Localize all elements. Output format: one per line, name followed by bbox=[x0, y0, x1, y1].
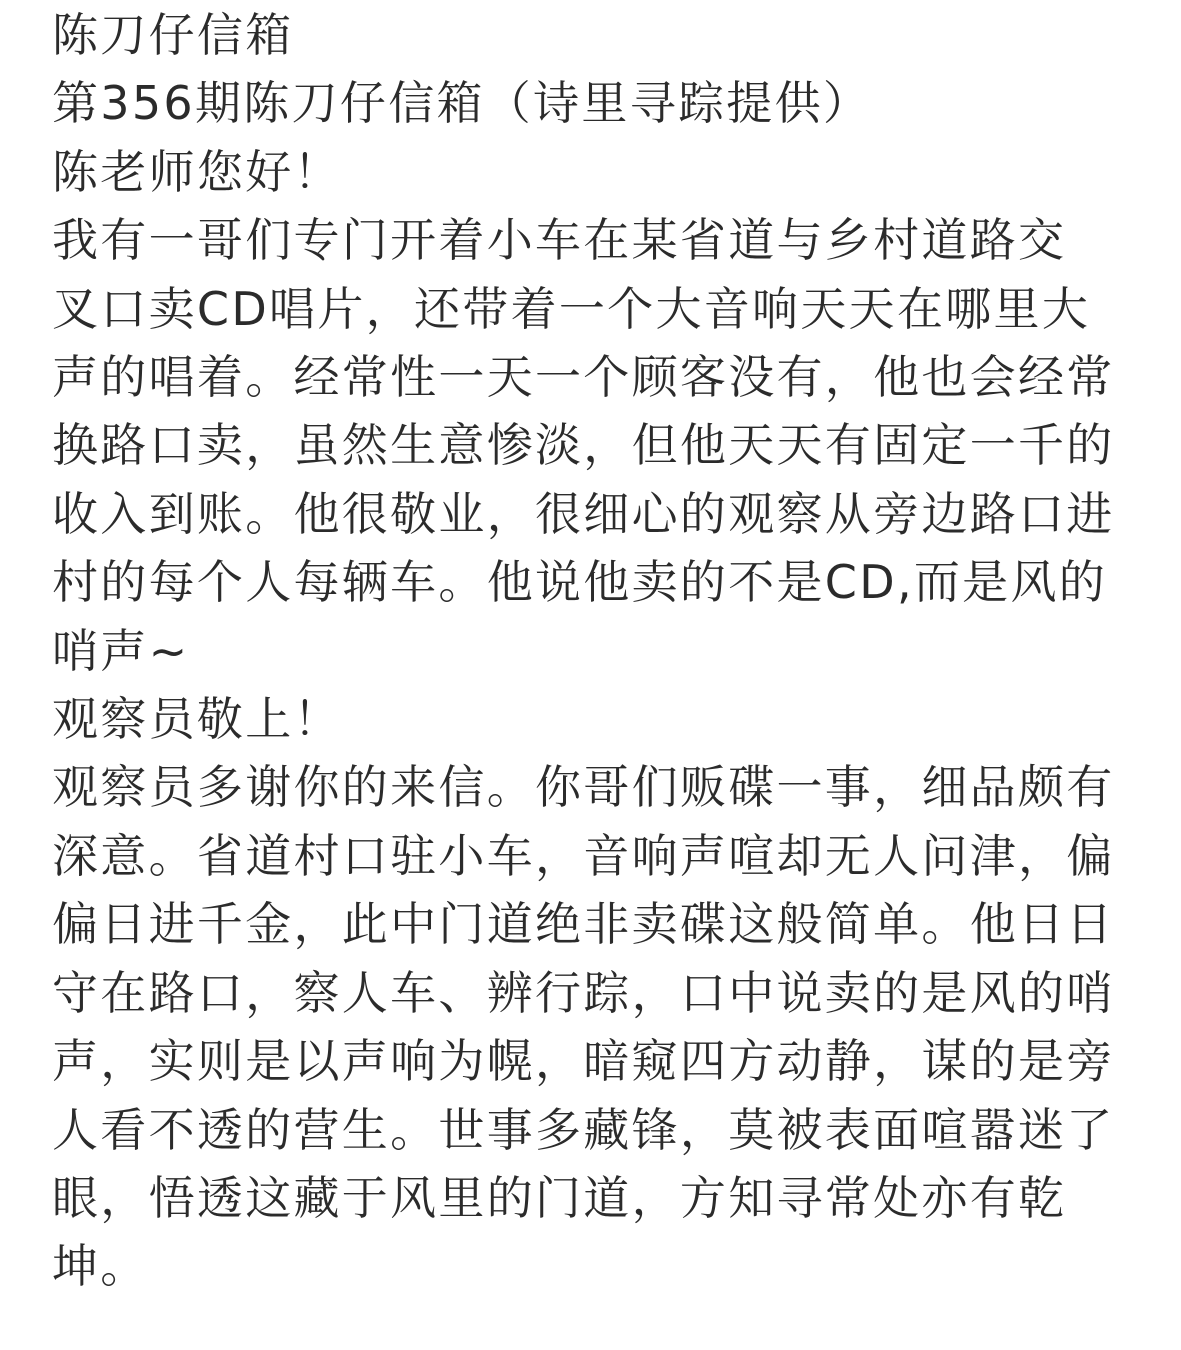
reply-salutation: 观察员敬上！ bbox=[52, 685, 1172, 753]
reply-body-line: 坤。 bbox=[52, 1232, 1172, 1300]
issue-subtitle: 第356期陈刀仔信箱（诗里寻踪提供） bbox=[52, 69, 1172, 137]
letter-body-line: 哨声~ bbox=[52, 617, 1172, 685]
reply-body-line: 声，实则是以声响为幌，暗窥四方动静，谋的是旁 bbox=[52, 1027, 1172, 1095]
letter-body-line: 村的每个人每辆车。他说他卖的不是CD,而是风的 bbox=[52, 548, 1172, 616]
letter-body-line: 叉口卖CD唱片，还带着一个大音响天天在哪里大 bbox=[52, 275, 1172, 343]
reply-body-line: 深意。省道村口驻小车，音响声喧却无人问津，偏 bbox=[52, 822, 1172, 890]
letter-section: 陈老师您好！ 我有一哥们专门开着小车在某省道与乡村道路交 叉口卖CD唱片，还带着… bbox=[52, 138, 1172, 685]
document-page: 陈刀仔信箱 第356期陈刀仔信箱（诗里寻踪提供） 陈老师您好！ 我有一哥们专门开… bbox=[52, 1, 1172, 1301]
letter-body-line: 收入到账。他很敬业，很细心的观察从旁边路口进 bbox=[52, 480, 1172, 548]
letter-body-line: 我有一哥们专门开着小车在某省道与乡村道路交 bbox=[52, 206, 1172, 274]
reply-body-line: 偏日进千金，此中门道绝非卖碟这般简单。他日日 bbox=[52, 890, 1172, 958]
letter-body-line: 声的唱着。经常性一天一个顾客没有，他也会经常 bbox=[52, 343, 1172, 411]
letter-greeting: 陈老师您好！ bbox=[52, 138, 1172, 206]
reply-body-line: 观察员多谢你的来信。你哥们贩碟一事，细品颇有 bbox=[52, 753, 1172, 821]
reply-body-line: 人看不透的营生。世事多藏锋，莫被表面喧嚣迷了 bbox=[52, 1096, 1172, 1164]
reply-body-line: 眼，悟透这藏于风里的门道，方知寻常处亦有乾 bbox=[52, 1164, 1172, 1232]
reply-body-line: 守在路口，察人车、辨行踪，口中说卖的是风的哨 bbox=[52, 959, 1172, 1027]
reply-section: 观察员敬上！ 观察员多谢你的来信。你哥们贩碟一事，细品颇有 深意。省道村口驻小车… bbox=[52, 685, 1172, 1301]
document-title: 陈刀仔信箱 bbox=[52, 1, 1172, 69]
letter-body-line: 换路口卖，虽然生意惨淡，但他天天有固定一千的 bbox=[52, 411, 1172, 479]
